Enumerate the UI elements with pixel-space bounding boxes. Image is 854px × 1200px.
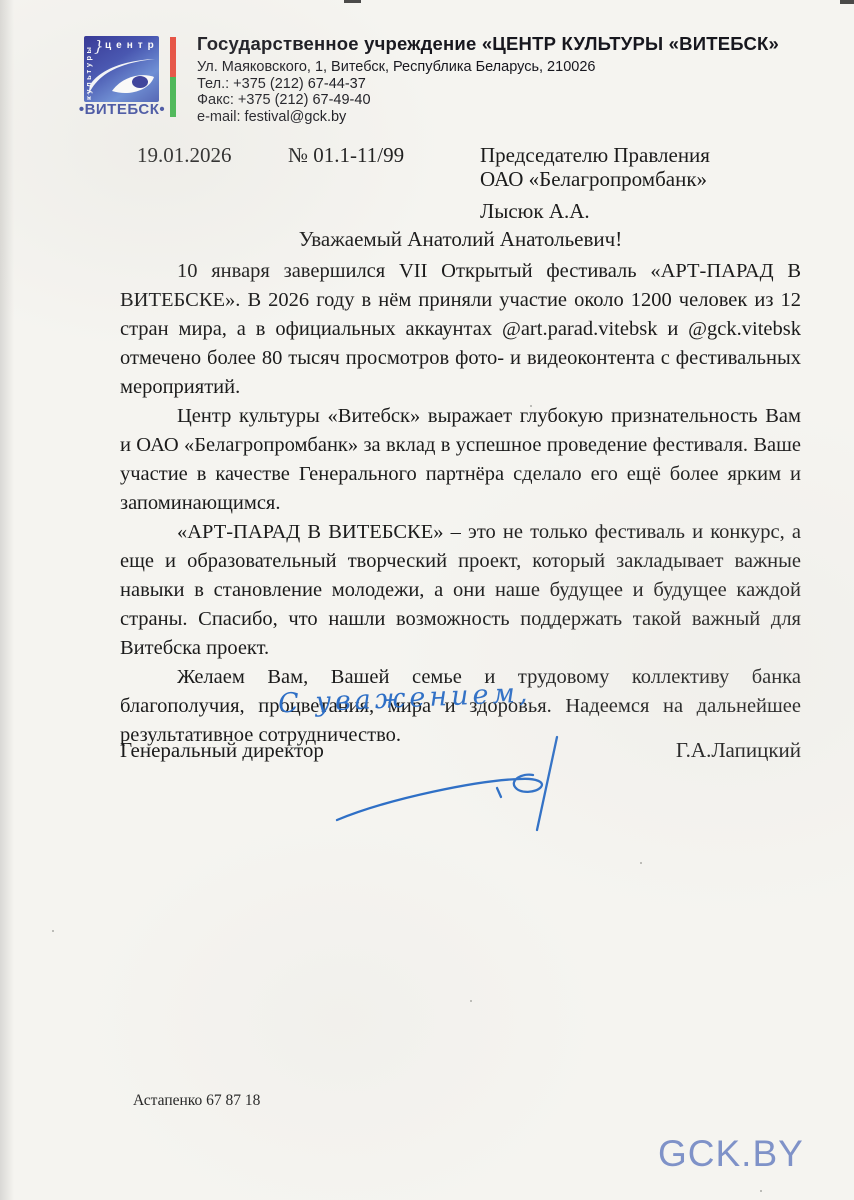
addressee-title: Председателю Правления bbox=[480, 143, 710, 167]
flag-stripe-green bbox=[170, 77, 176, 117]
letter-date: 19.01.2026 bbox=[137, 143, 232, 168]
scan-speck bbox=[530, 405, 532, 407]
logo-word-kultury: культуры bbox=[84, 48, 93, 100]
scan-artifact-corner bbox=[840, 0, 854, 4]
executor-reference: Астапенко 67 87 18 bbox=[133, 1092, 260, 1110]
scan-speck bbox=[52, 930, 54, 932]
paragraph-3: «АРТ-ПАРАД В ВИТЕБСКЕ» – это не только ф… bbox=[120, 518, 801, 663]
addressee-organization: ОАО «Белагропромбанк» bbox=[480, 167, 710, 191]
scan-speck bbox=[760, 1190, 762, 1192]
organization-email: e-mail: festival@gck.by bbox=[197, 110, 797, 125]
gckby-watermark: GCK.BY bbox=[658, 1133, 804, 1175]
paragraph-1: 10 января завершился VII Открытый фестив… bbox=[120, 257, 801, 402]
logo-note-glyph: } bbox=[94, 37, 104, 55]
logo-city-label: •ВИТЕБСК• bbox=[62, 101, 182, 118]
signature-row: Генеральный директор Г.А.Лапицкий bbox=[120, 738, 801, 763]
organization-address: Ул. Маяковского, 1, Витебск, Республика … bbox=[197, 60, 797, 75]
logo-word-centr: центр bbox=[105, 40, 159, 51]
letter-body: 10 января завершился VII Открытый фестив… bbox=[120, 257, 801, 750]
addressee-block: Председателю Правления ОАО «Белагропромб… bbox=[480, 143, 710, 223]
addressee-person: Лысюк А.А. bbox=[480, 199, 710, 223]
organization-fax: Факс: +375 (212) 67-49-40 bbox=[197, 93, 797, 108]
letterhead: Государственное учреждение «ЦЕНТР КУЛЬТУ… bbox=[197, 33, 797, 127]
organization-phone: Тел.: +375 (212) 67-44-37 bbox=[197, 77, 797, 92]
scan-speck bbox=[470, 1000, 472, 1002]
signer-position: Генеральный директор bbox=[120, 738, 324, 763]
scan-speck bbox=[214, 158, 216, 160]
salutation: Уважаемый Анатолий Анатольевич! bbox=[120, 227, 801, 252]
letter-number: № 01.1-11/99 bbox=[288, 143, 404, 168]
organization-logo: } центр культуры bbox=[84, 36, 159, 102]
paragraph-2: Центр культуры «Витебск» выражает глубок… bbox=[120, 402, 801, 518]
flag-stripe bbox=[170, 37, 176, 117]
scan-artifact-top bbox=[344, 0, 361, 3]
organization-name: Государственное учреждение «ЦЕНТР КУЛЬТУ… bbox=[197, 33, 797, 55]
signer-name: Г.А.Лапицкий bbox=[676, 738, 801, 763]
scanned-letter-page: } центр культуры •ВИТЕБСК• Государственн… bbox=[0, 0, 854, 1200]
scan-speck bbox=[640, 862, 642, 864]
flag-stripe-red bbox=[170, 37, 176, 77]
